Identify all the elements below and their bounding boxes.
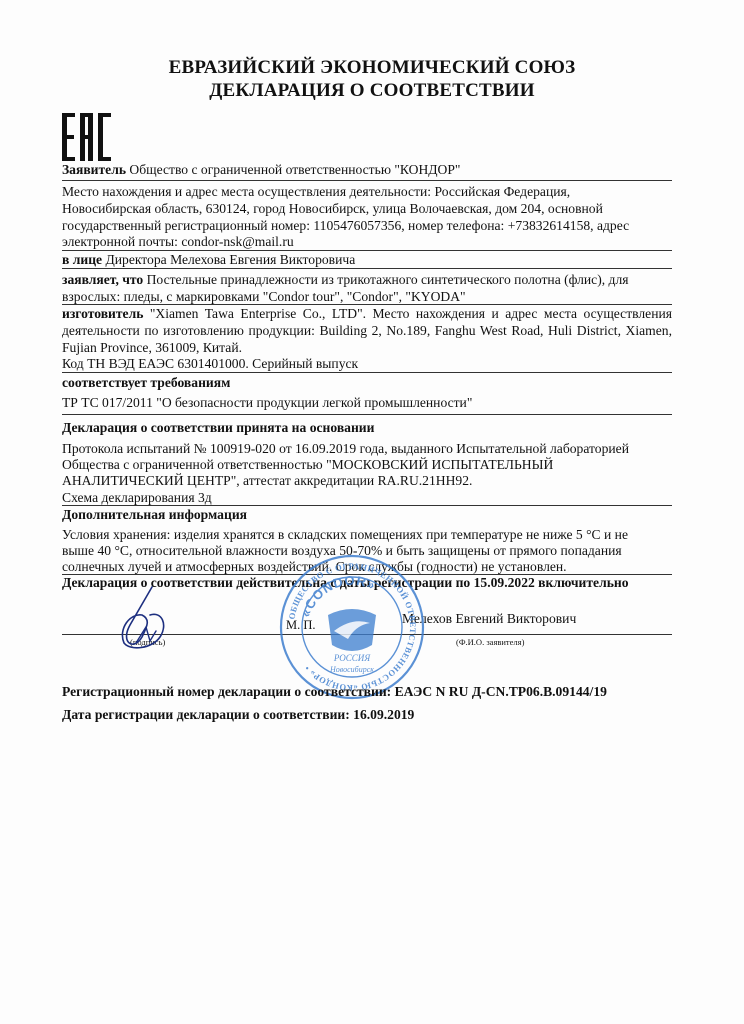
registration-date-label: Дата регистрации декларации о соответств… <box>62 707 353 722</box>
handwritten-signature-icon <box>112 585 182 655</box>
divider <box>62 304 672 305</box>
registration-date-row: Дата регистрации декларации о соответств… <box>62 707 414 723</box>
basis-label: Декларация о соответствии принята на осн… <box>62 420 374 436</box>
registration-number-row: Регистрационный номер декларации о соотв… <box>62 684 607 700</box>
manufacturer-label: изготовитель <box>62 306 143 321</box>
union-title: ЕВРАЗИЙСКИЙ ЭКОНОМИЧЕСКИЙ СОЮЗ <box>0 57 744 79</box>
declares-line: взрослых: пледы, с маркировками "Condor … <box>62 289 466 305</box>
additional-line: Условия хранения: изделия хранятся в скл… <box>62 527 628 543</box>
manufacturer-address-line: деятельности по изготовлению продукции: … <box>62 323 672 339</box>
declares-row: заявляет, что Постельные принадлежности … <box>62 272 629 288</box>
registration-number-label: Регистрационный номер декларации о соотв… <box>62 684 395 699</box>
requirements-value: ТР ТС 017/2011 "О безопасности продукции… <box>62 395 472 411</box>
declares-value: Постельные принадлежности из трикотажног… <box>143 272 628 287</box>
representative-value: Директора Мелехова Евгения Викторовича <box>102 252 355 267</box>
divider <box>62 250 672 251</box>
declaration-title: ДЕКЛАРАЦИЯ О СООТВЕТСТВИИ <box>0 80 744 102</box>
declaration-page: ЕВРАЗИЙСКИЙ ЭКОНОМИЧЕСКИЙ СОЮЗ ДЕКЛАРАЦИ… <box>0 0 744 1024</box>
signer-name: Мелехов Евгений Викторович <box>402 611 576 627</box>
divider <box>62 180 672 181</box>
manufacturer-value: "Xiamen Tawa Enterprise Co., LTD". Место… <box>143 306 672 321</box>
divider <box>62 372 672 373</box>
applicant-address-line: Место нахождения и адрес места осуществл… <box>62 184 570 200</box>
registration-date-value: 16.09.2019 <box>353 707 414 722</box>
representative-row: в лице Директора Мелехова Евгения Виктор… <box>62 252 355 268</box>
manufacturer-address-line: Fujian Province, 361009, Китай. <box>62 340 242 356</box>
basis-line: АНАЛИТИЧЕСКИЙ ЦЕНТР", аттестат аккредита… <box>62 473 472 489</box>
applicant-value: Общество с ограниченной ответственностью… <box>126 162 460 177</box>
manufacturer-row: изготовитель "Xiamen Tawa Enterprise Co.… <box>62 306 672 322</box>
svg-text:Новосибирск: Новосибирск <box>329 665 374 674</box>
divider <box>62 268 672 269</box>
divider <box>62 505 672 506</box>
svg-text:РОССИЯ: РОССИЯ <box>333 653 371 663</box>
additional-label: Дополнительная информация <box>62 507 247 523</box>
divider <box>62 414 672 415</box>
hs-code-line: Код ТН ВЭД ЕАЭС 6301401000. Серийный вып… <box>62 356 358 372</box>
basis-line: Протокола испытаний № 100919-020 от 16.0… <box>62 441 629 457</box>
applicant-email-line: электронной почты: condor-nsk@mail.ru <box>62 234 294 250</box>
requirements-label: соответствует требованиям <box>62 375 230 391</box>
declares-label: заявляет, что <box>62 272 143 287</box>
applicant-address-line: Новосибирская область, 630124, город Нов… <box>62 201 603 217</box>
eac-logo-icon <box>62 113 112 161</box>
signer-caption: (Ф.И.О. заявителя) <box>456 637 524 647</box>
applicant-address-line: государственный регистрационный номер: 1… <box>62 218 629 234</box>
scheme-line: Схема декларирования 3д <box>62 490 212 506</box>
applicant-label: Заявитель <box>62 162 126 177</box>
registration-number-value: ЕАЭС N RU Д-CN.ТР06.В.09144/19 <box>395 684 607 699</box>
representative-label: в лице <box>62 252 102 267</box>
applicant-row: Заявитель Общество с ограниченной ответс… <box>62 162 460 178</box>
basis-line: Общества с ограниченной ответственностью… <box>62 457 553 473</box>
company-seal-icon: ОБЩЕСТВО С ОГРАНИЧЕННОЙ ОТВЕТСТВЕННОСТЬЮ… <box>278 553 426 701</box>
